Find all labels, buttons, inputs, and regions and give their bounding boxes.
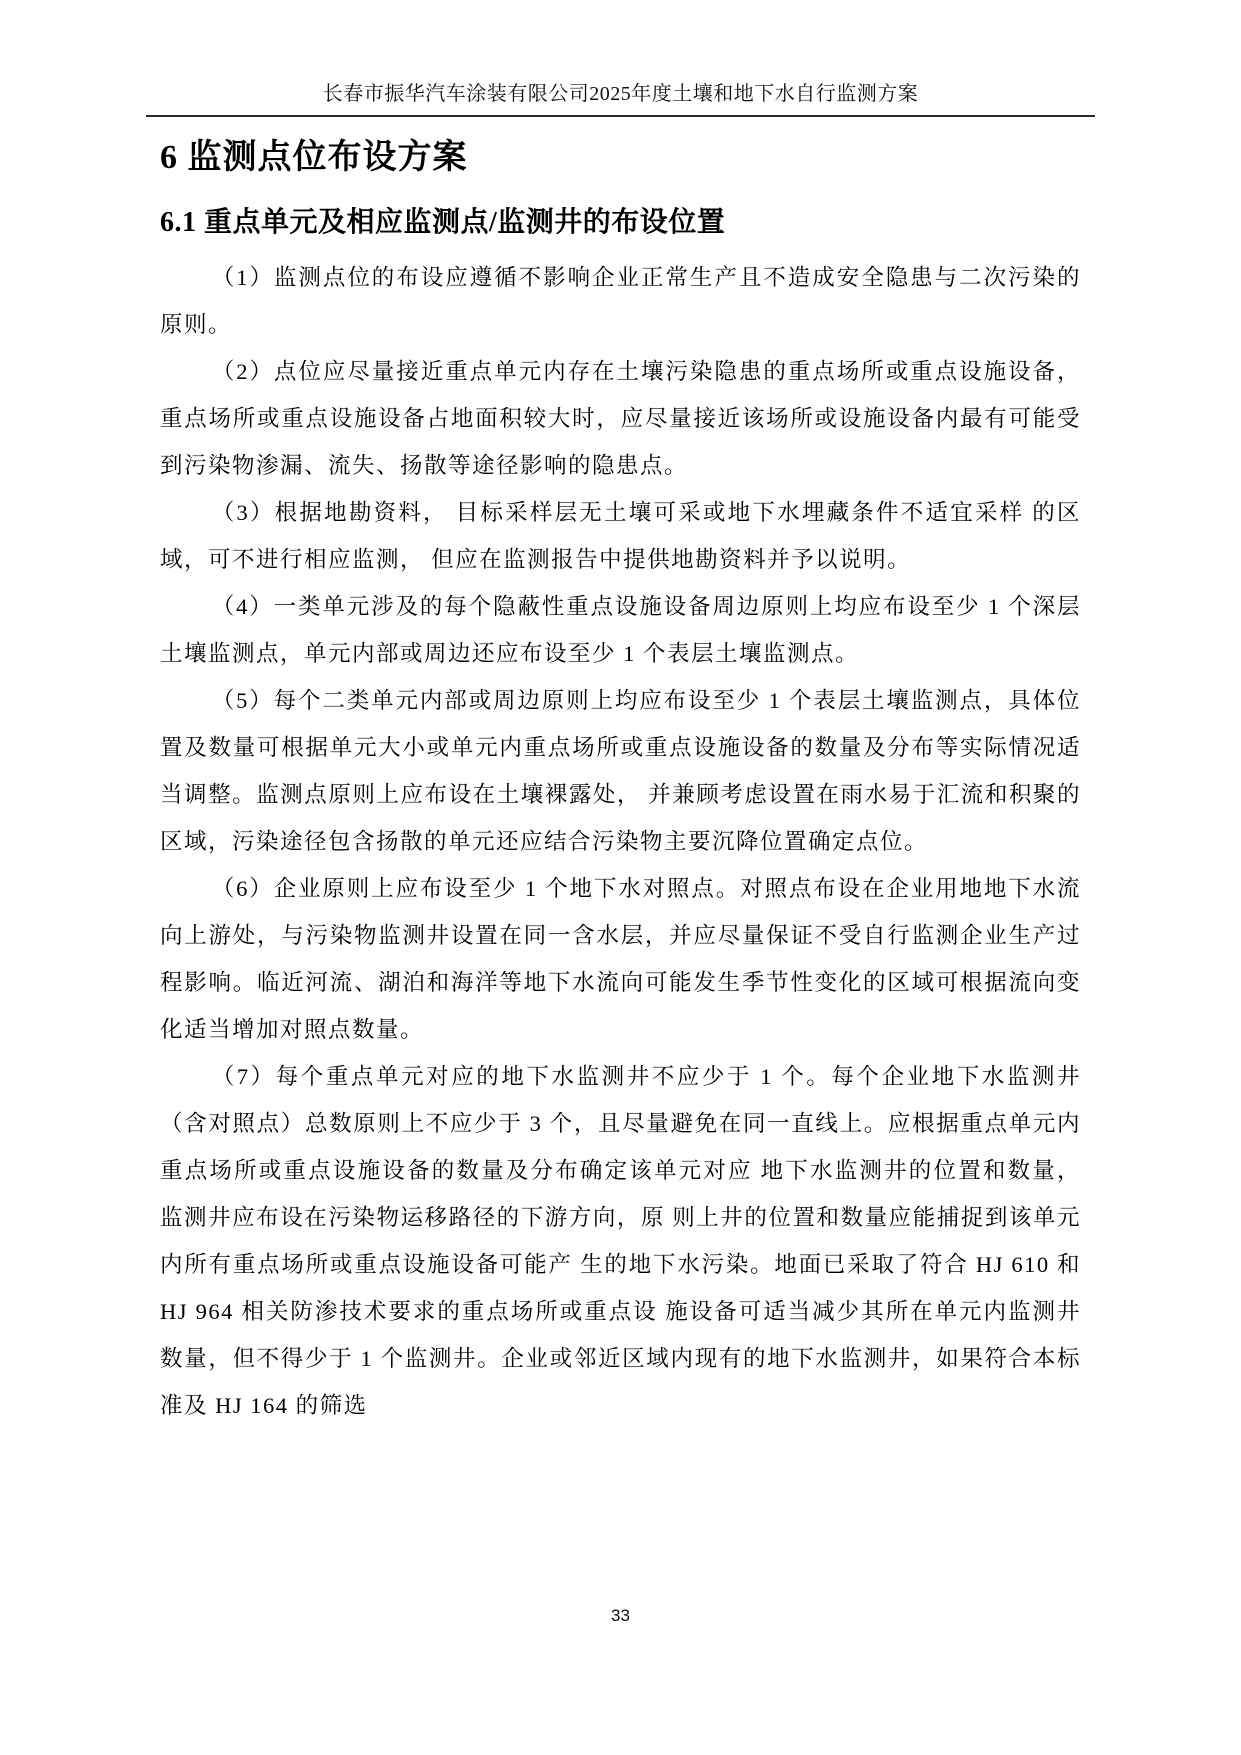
paragraph-4: （4）一类单元涉及的每个隐蔽性重点设施设备周边原则上均应布设至少 1 个深层土壤… xyxy=(160,583,1081,677)
page-number: 33 xyxy=(0,1606,1241,1626)
paragraph-6: （6）企业原则上应布设至少 1 个地下水对照点。对照点布设在企业用地地下水流向上… xyxy=(160,865,1081,1053)
paragraph-5: （5）每个二类单元内部或周边原则上均应布设至少 1 个表层土壤监测点，具体位置及… xyxy=(160,677,1081,865)
paragraph-1: （1）监测点位的布设应遵循不影响企业正常生产且不造成安全隐患与二次污染的原则。 xyxy=(160,254,1081,348)
paragraph-7: （7）每个重点单元对应的地下水监测井不应少于 1 个。每个企业地下水监测井（含对… xyxy=(160,1053,1081,1429)
document-page: 长春市振华汽车涂装有限公司2025年度土壤和地下水自行监测方案 6 监测点位布设… xyxy=(0,0,1241,1755)
chapter-heading: 6 监测点位布设方案 xyxy=(160,137,1081,179)
paragraph-2: （2）点位应尽量接近重点单元内存在土壤污染隐患的重点场所或重点设施设备，重点场所… xyxy=(160,348,1081,489)
section-heading: 6.1 重点单元及相应监测点/监测井的布设位置 xyxy=(160,205,1081,241)
body-text: （1）监测点位的布设应遵循不影响企业正常生产且不造成安全隐患与二次污染的原则。 … xyxy=(160,254,1081,1429)
paragraph-3: （3）根据地勘资料， 目标采样层无土壤可采或地下水埋藏条件不适宜采样 的区域，可… xyxy=(160,489,1081,583)
page-header: 长春市振华汽车涂装有限公司2025年度土壤和地下水自行监测方案 xyxy=(146,0,1095,117)
running-header-title: 长春市振华汽车涂装有限公司2025年度土壤和地下水自行监测方案 xyxy=(146,82,1095,106)
